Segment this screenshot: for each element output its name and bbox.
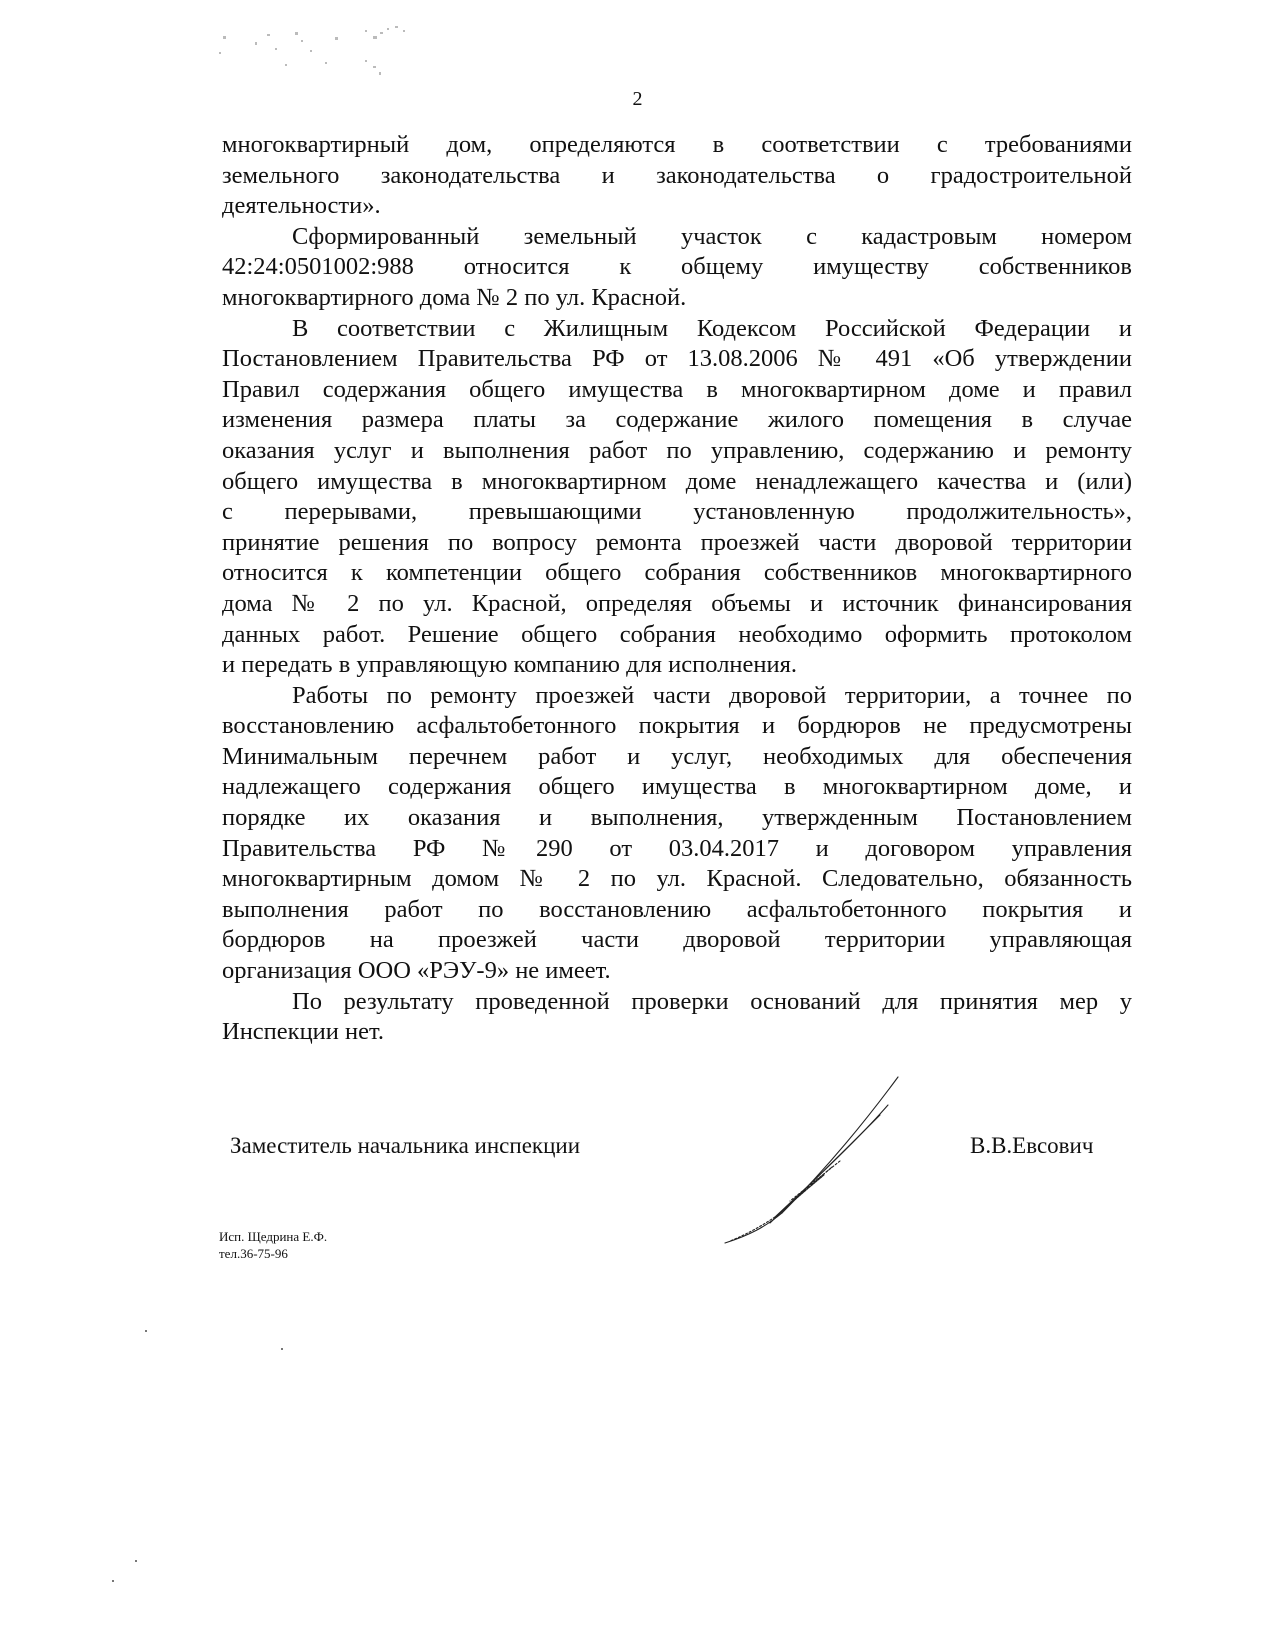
text-line: надлежащего содержания общего имущества …: [222, 772, 1132, 803]
text-line: земельного законодательства и законодате…: [222, 161, 1132, 192]
text-line: восстановлению асфальтобетонного покрыти…: [222, 711, 1132, 742]
text-line: организация ООО «РЭУ-9» не имеет.: [222, 956, 1132, 987]
text-line: общего имущества в многоквартирном доме …: [222, 467, 1132, 498]
text-line: оказания услуг и выполнения работ по упр…: [222, 436, 1132, 467]
text-line: относится к компетенции общего собрания …: [222, 558, 1132, 589]
text-line: и передать в управляющую компанию для ис…: [222, 650, 1132, 681]
text-line: выполнения работ по восстановлению асфал…: [222, 895, 1132, 926]
scan-dot: [145, 1330, 147, 1332]
text-line: Минимальным перечнем работ и услуг, необ…: [222, 742, 1132, 773]
scan-dot: [135, 1560, 137, 1562]
text-line: изменения размера платы за содержание жи…: [222, 405, 1132, 436]
text-line: В соответствии с Жилищным Кодексом Росси…: [222, 314, 1132, 345]
signatory-position: Заместитель начальника инспекции: [230, 1133, 580, 1159]
paragraph-5: По результату проведенной проверки основ…: [222, 987, 1132, 1048]
text-line: дома № 2 по ул. Красной, определяя объем…: [222, 589, 1132, 620]
paragraph-3: В соответствии с Жилищным Кодексом Росси…: [222, 314, 1132, 681]
scan-dot: [112, 1580, 114, 1582]
text-line: бордюров на проезжей части дворовой терр…: [222, 925, 1132, 956]
executor-phone: тел.36-75-96: [219, 1245, 327, 1262]
text-line: многоквартирным домом № 2 по ул. Красной…: [222, 864, 1132, 895]
text-line: с перерывами, превышающими установленную…: [222, 497, 1132, 528]
text-line: порядке их оказания и выполнения, утверж…: [222, 803, 1132, 834]
text-line: Работы по ремонту проезжей части дворово…: [222, 681, 1132, 712]
text-line: многоквартирный дом, определяются в соот…: [222, 130, 1132, 161]
handwritten-signature: [720, 1075, 900, 1245]
text-line: Правительства РФ №290 от 03.04.2017 и до…: [222, 834, 1132, 865]
text-line: Сформированный земельный участок с кадас…: [222, 222, 1132, 253]
scan-dot: [281, 1348, 283, 1350]
paragraph-2: Сформированный земельный участок с кадас…: [222, 222, 1132, 314]
signatory-name: В.В.Евсович: [970, 1133, 1093, 1159]
letter-body: многоквартирный дом, определяются в соот…: [222, 130, 1132, 1048]
paragraph-4: Работы по ремонту проезжей части дворово…: [222, 681, 1132, 987]
executor-info: Исп. Щедрина Е.Ф. тел.36-75-96: [219, 1228, 327, 1262]
text-line: многоквартирного дома № 2 по ул. Красной…: [222, 283, 1132, 314]
text-line: данных работ. Решение общего собрания не…: [222, 620, 1132, 651]
text-line: Постановлением Правительства РФ от 13.08…: [222, 344, 1132, 375]
text-line: По результату проведенной проверки основ…: [222, 987, 1132, 1018]
paragraph-1: многоквартирный дом, определяются в соот…: [222, 130, 1132, 222]
text-line: Правил содержания общего имущества в мно…: [222, 375, 1132, 406]
text-line: деятельности».: [222, 191, 1132, 222]
text-line: принятие решения по вопросу ремонта прое…: [222, 528, 1132, 559]
text-line: Инспекции нет.: [222, 1017, 1132, 1048]
scan-artifact: [215, 22, 465, 80]
text-line: 42:24:0501002:988 относится к общему иму…: [222, 252, 1132, 283]
executor-name: Исп. Щедрина Е.Ф.: [219, 1228, 327, 1245]
page-number: 2: [0, 88, 1275, 111]
